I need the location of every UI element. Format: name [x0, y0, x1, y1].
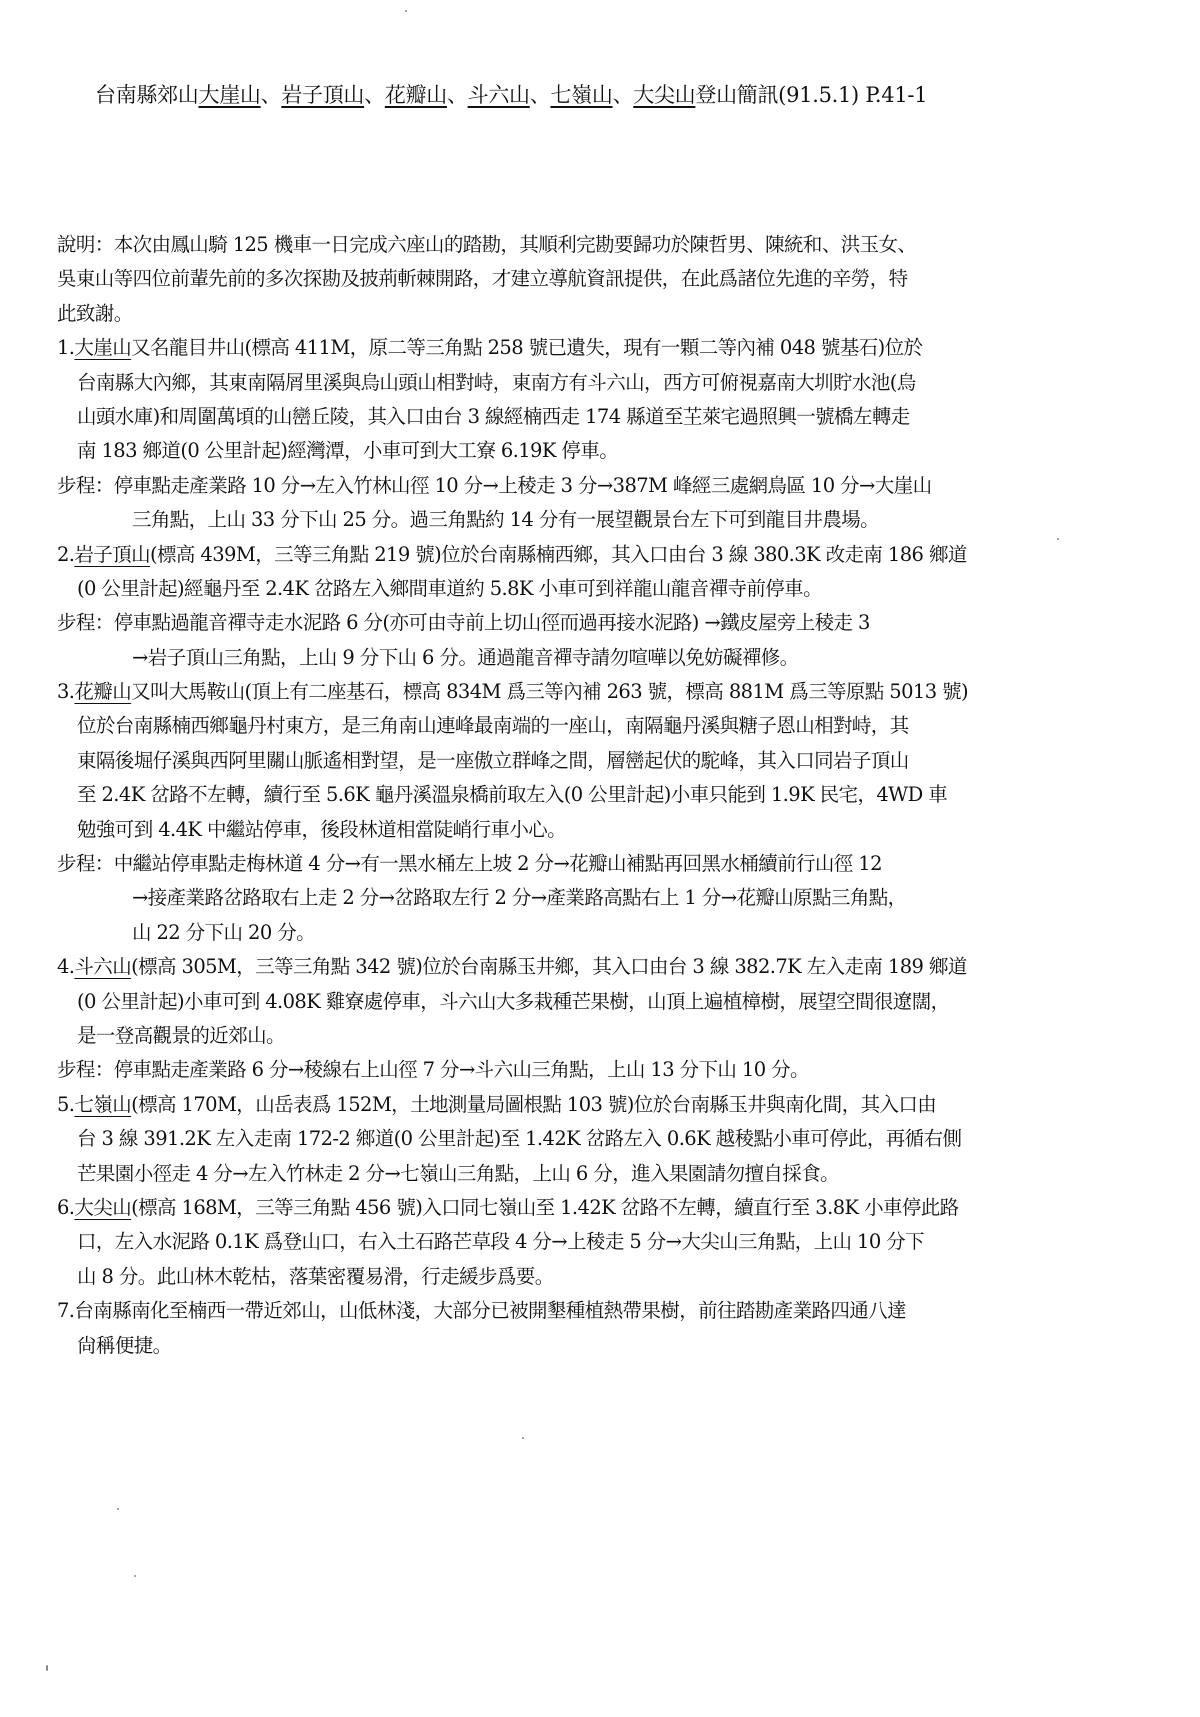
section-text: (標高 305M，三等三角點 342 號)位於台南縣玉井鄉，其入口由台 3 線 …	[131, 955, 967, 978]
section-line: 3.花瓣山又叫大馬鞍山(頂上有二座基石，標高 834M 爲三等內補 263 號，…	[57, 675, 1177, 709]
section-line: (0 公里計起)經龜丹至 2.4K 岔路左入鄉間車道約 5.8K 小車可到祥龍山…	[57, 572, 1177, 606]
section-line: 5.七嶺山(標高 170M，山岳表爲 152M，土地測量局圖根點 103 號)位…	[57, 1088, 1177, 1122]
section-line: 尙稱便捷。	[57, 1329, 1177, 1363]
section-line: 勉強可到 4.4K 中繼站停車，後段林道相當陡峭行車小心。	[57, 813, 1177, 847]
section-7-summary: 7.台南縣南化至楠西一帶近郊山，山低林淺，大部分已被開墾種植熱帶果樹，前往踏勘產…	[57, 1294, 1177, 1363]
title-suffix: 登山簡訊(91.5.1) P.41-1	[695, 83, 927, 107]
title-peak-2: 岩子頂山	[281, 83, 364, 107]
section-4-douliushan: 4.斗六山(標高 305M，三等三角點 342 號)位於台南縣玉井鄉，其入口由台…	[57, 950, 1177, 1088]
peak-name: 斗六山	[74, 955, 131, 978]
title-peak-6: 大尖山	[633, 83, 695, 107]
section-line: 山頭水庫)和周圍萬頃的山巒丘陵，其入口由台 3 線經楠西走 174 縣道至芏萊宅…	[57, 400, 1177, 434]
title-peak-4: 斗六山	[468, 83, 530, 107]
title-peak-1: 大崖山	[199, 83, 261, 107]
route-line: →岩子頂山三角點，上山 9 分下山 6 分。通過龍音禪寺請勿喧嘩以免妨礙禪修。	[57, 641, 1177, 675]
section-number: 1.	[57, 336, 74, 359]
title-peak-5: 七嶺山	[550, 83, 612, 107]
section-line: 芒果園小徑走 4 分→左入竹林走 2 分→七嶺山三角點，上山 6 分，進入果園請…	[57, 1157, 1177, 1191]
section-number: 2.	[57, 543, 74, 566]
title-separator: 、	[613, 83, 634, 107]
title-separator: 、	[447, 83, 468, 107]
title-peak-3: 花瓣山	[385, 83, 447, 107]
route-line: →接產業路岔路取右上走 2 分→岔路取左行 2 分→產業路高點右上 1 分→花瓣…	[57, 881, 1177, 915]
peak-name: 大尖山	[74, 1196, 131, 1219]
document-title: 台南縣郊山大崖山、岩子頂山、花瓣山、斗六山、七嶺山、大尖山登山簡訊(91.5.1…	[95, 80, 1195, 110]
peak-name: 岩子頂山	[74, 543, 150, 566]
section-3-huabanshan: 3.花瓣山又叫大馬鞍山(頂上有二座基石，標高 834M 爲三等內補 263 號，…	[57, 675, 1177, 950]
route-line: 步程：停車點過龍音禪寺走水泥路 6 分(亦可由寺前上切山徑而過再接水泥路) →鐵…	[57, 606, 1177, 640]
title-separator: 、	[364, 83, 385, 107]
section-5-qilingshan: 5.七嶺山(標高 170M，山岳表爲 152M，土地測量局圖根點 103 號)位…	[57, 1088, 1177, 1191]
section-line: (0 公里計起)小車可到 4.08K 雞寮處停車，斗六山大多栽種芒果樹，山頂上遍…	[57, 985, 1177, 1019]
section-line: 台 3 線 391.2K 左入走南 172-2 鄉道(0 公里計起)至 1.42…	[57, 1122, 1177, 1156]
section-line: 至 2.4K 岔路不左轉，續行至 5.6K 龜丹溪溫泉橋前取左入(0 公里計起)…	[57, 778, 1177, 812]
document-body: 說明：本次由鳳山騎 125 機車一日完成六座山的踏勘，其順利完勘要歸功於陳哲男、…	[57, 228, 1177, 1363]
section-line: 1.大崖山又名龍目井山(標高 411M，原二等三角點 258 號已遺失，現有一顆…	[57, 331, 1177, 365]
section-number: 5.	[57, 1093, 74, 1116]
section-number: 7.	[57, 1299, 74, 1322]
scan-speck	[1057, 538, 1059, 540]
title-separator: 、	[261, 83, 282, 107]
section-line: 台南縣大內鄉，其東南隔屑里溪與烏山頭山相對峙，東南方有斗六山，西方可俯視嘉南大圳…	[57, 366, 1177, 400]
section-line: 山 8 分。此山林木乾枯，落葉密覆易滑，行走緩步爲要。	[57, 1260, 1177, 1294]
route-line: 步程：中繼站停車點走梅林道 4 分→有一黑水桶左上坡 2 分→花瓣山補點再回黑水…	[57, 847, 1177, 881]
intro-line: 此致謝。	[57, 297, 1177, 331]
section-1-dayashan: 1.大崖山又名龍目井山(標高 411M，原二等三角點 258 號已遺失，現有一顆…	[57, 331, 1177, 537]
section-text: (標高 439M，三等三角點 219 號)位於台南縣楠西鄉，其入口由台 3 線 …	[150, 543, 967, 566]
section-line: 南 183 鄉道(0 公里計起)經灣潭，小車可到大工寮 6.19K 停車。	[57, 434, 1177, 468]
section-text: (標高 168M，三等三角點 456 號)入口同七嶺山至 1.42K 岔路不左轉…	[131, 1196, 958, 1219]
route-line: 三角點，上山 33 分下山 25 分。過三角點約 14 分有一展望觀景台左下可到…	[57, 503, 1177, 537]
section-text: 又叫大馬鞍山(頂上有二座基石，標高 834M 爲三等內補 263 號，標高 88…	[131, 680, 968, 703]
peak-name: 七嶺山	[74, 1093, 131, 1116]
section-number: 6.	[57, 1196, 74, 1219]
scan-speck	[522, 1437, 524, 1439]
section-line: 是一登高觀景的近郊山。	[57, 1019, 1177, 1053]
section-text: 又名龍目井山(標高 411M，原二等三角點 258 號已遺失，現有一顆二等內補 …	[131, 336, 922, 359]
section-number: 4.	[57, 955, 74, 978]
scan-speck	[134, 1575, 136, 1577]
peak-name: 大崖山	[74, 336, 131, 359]
section-line: 6.大尖山(標高 168M，三等三角點 456 號)入口同七嶺山至 1.42K …	[57, 1191, 1177, 1225]
section-2-yanzidingshan: 2.岩子頂山(標高 439M，三等三角點 219 號)位於台南縣楠西鄉，其入口由…	[57, 538, 1177, 676]
section-line: 位於台南縣楠西鄉龜丹村東方，是三角南山連峰最南端的一座山，南隔龜丹溪與糖子恩山相…	[57, 709, 1177, 743]
section-number: 3.	[57, 680, 74, 703]
section-text: (標高 170M，山岳表爲 152M，土地測量局圖根點 103 號)位於台南縣玉…	[131, 1093, 936, 1116]
peak-name: 花瓣山	[74, 680, 131, 703]
intro-line: 吳東山等四位前輩先前的多次探勘及披荊斬棘開路，才建立導航資訊提供，在此爲諸位先進…	[57, 262, 1177, 296]
section-line: 口，左入水泥路 0.1K 爲登山口，右入土石路芒草段 4 分→上稜走 5 分→大…	[57, 1225, 1177, 1259]
scan-speck	[405, 10, 407, 12]
title-prefix: 台南縣郊山	[95, 83, 199, 107]
intro-paragraph: 說明：本次由鳳山騎 125 機車一日完成六座山的踏勘，其順利完勘要歸功於陳哲男、…	[57, 228, 1177, 331]
scan-speck	[46, 1665, 48, 1671]
section-text: 台南縣南化至楠西一帶近郊山，山低林淺，大部分已被開墾種植熱帶果樹，前往踏勘產業路…	[74, 1299, 906, 1322]
section-line: 2.岩子頂山(標高 439M，三等三角點 219 號)位於台南縣楠西鄉，其入口由…	[57, 538, 1177, 572]
section-6-dajianshan: 6.大尖山(標高 168M，三等三角點 456 號)入口同七嶺山至 1.42K …	[57, 1191, 1177, 1294]
route-line: 步程：停車點走產業路 6 分→稜線右上山徑 7 分→斗六山三角點，上山 13 分…	[57, 1053, 1177, 1087]
section-line: 4.斗六山(標高 305M，三等三角點 342 號)位於台南縣玉井鄉，其入口由台…	[57, 950, 1177, 984]
document-page: 台南縣郊山大崖山、岩子頂山、花瓣山、斗六山、七嶺山、大尖山登山簡訊(91.5.1…	[0, 0, 1200, 1717]
section-line: 7.台南縣南化至楠西一帶近郊山，山低林淺，大部分已被開墾種植熱帶果樹，前往踏勘產…	[57, 1294, 1177, 1328]
title-separator: 、	[530, 83, 551, 107]
route-line: 步程：停車點走產業路 10 分→左入竹林山徑 10 分→上稜走 3 分→387M…	[57, 469, 1177, 503]
route-line: 山 22 分下山 20 分。	[57, 916, 1177, 950]
intro-line: 說明：本次由鳳山騎 125 機車一日完成六座山的踏勘，其順利完勘要歸功於陳哲男、…	[57, 228, 1177, 262]
scan-speck	[117, 1508, 119, 1510]
section-line: 東隔後堀仔溪與西阿里關山脈遙相對望，是一座傲立群峰之間，層巒起伏的駝峰，其入口同…	[57, 744, 1177, 778]
